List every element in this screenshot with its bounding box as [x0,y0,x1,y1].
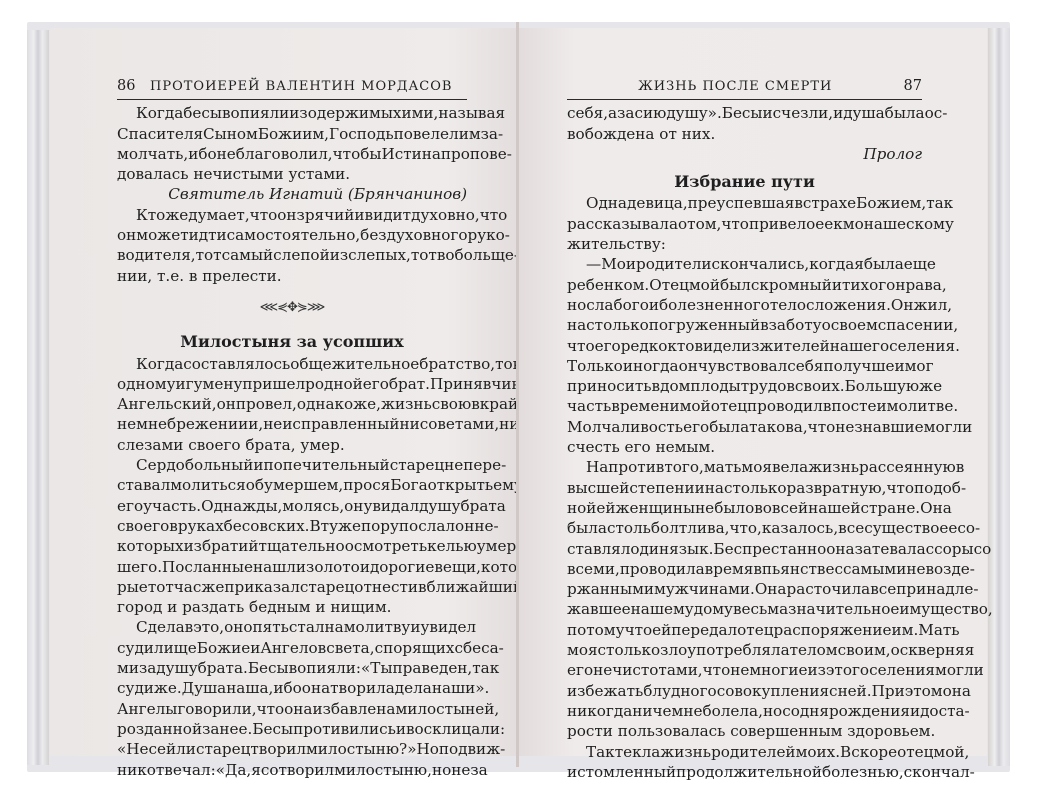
text-line: СпасителяСыномБожиим,Господьповелелимза- [117,124,467,144]
text-line: егоучасть.Однажды,молясь,онувидалдушубра… [117,496,467,516]
text-line: онможетидтисамостоятельно,бездуховногору… [117,225,467,245]
text-line: которыхизбратийтщательноосмотретькельюум… [117,536,467,556]
text-line: Ктожедумает,чтоонзрячийивидитдуховно,что [117,205,467,225]
page-number: 86 [117,76,135,96]
text-line: моястолькозлоупотреблялателомсвоим,оскве… [567,640,922,660]
text-line: истомленныйпродолжительнойболезнью,сконч… [567,762,922,782]
attribution: Святитель Игнатий (Брянчанинов) [117,184,467,204]
left-page: 86 ПРОТОИЕРЕЙ ВАЛЕНТИН МОРДАСОВ Когдабес… [50,28,517,756]
right-page-text: ЖИЗНЬ ПОСЛЕ СМЕРТИ 87 себя,азасиюдушу».Б… [567,76,922,782]
text-line: «Несейлистарецтворилмилостыню?»Ноподвиж- [117,739,467,759]
paragraph: Напротивтого,матьмоявелажизньрассеяннуюв… [567,457,922,741]
text-line: немнебрежениии,неисправленныйнисоветами,… [117,414,467,434]
text-line: водителя,тотсамыйслепойизслепых,тотвобол… [117,245,467,265]
text-line: нии, т.е. в прелести. [117,266,467,286]
running-head-left: 86 ПРОТОИЕРЕЙ ВАЛЕНТИН МОРДАСОВ [117,76,467,100]
text-line: всеми,проводилавремявпьянствессамыминево… [567,559,922,579]
page-edges-right [988,28,1010,766]
text-line: жительству: [567,234,922,254]
text-line: быластольболтлива,что,казалось,всесущест… [567,518,922,538]
paragraph: Однадевица,преуспевшаявстрахеБожием,такр… [567,193,922,254]
paragraph: Тактеклажизньродителеймоих.Вскореотецмой… [567,742,922,783]
text-line: мизадушубрата.Бесывопияли:«Тыправеден,та… [117,658,467,678]
text-line: довалась нечистыми устами. [117,164,467,184]
text-line: судиже.Душанаша,ибоонатвориладеланаши». [117,678,467,698]
text-line: чтоегоредкоктовиделизжителейнашегоселени… [567,336,922,356]
text-line: счесть его немым. [567,437,922,457]
text-line: ребенком.Отецмойбылскромныйитихогонрава, [567,275,922,295]
ornament-divider: ⋘⋞✥⋟⋙ [117,298,467,318]
section-title: Избрание пути [567,172,922,192]
text-line: частьвременимойотецпроводилвпостеимолитв… [567,396,922,416]
paragraph: себя,азасиюдушу».Бесыисчезли,идушабылаос… [567,103,922,144]
text-line: нойейженщинынебылововсейнашейстране.Она [567,498,922,518]
text-line: никогданичемнеболела,носоднярожденияидос… [567,701,922,721]
text-line: себя,азасиюдушу».Бесыисчезли,идушабылаос… [567,103,922,123]
text-line: шего.Посланныенашлизолотоидорогиевещи,ко… [117,557,467,577]
text-line: высшейстепениинастолькоразвратную,чтопод… [567,478,922,498]
text-line: Сердобольныйипопечительныйстарецнепере- [117,455,467,475]
text-line: никотвечал:«Да,ясотворилмилостыню,нонеза [117,760,467,780]
text-line: потомучтоейпередалотецраспоряжениеим.Мат… [567,620,922,640]
left-page-text: 86 ПРОТОИЕРЕЙ ВАЛЕНТИН МОРДАСОВ Когдабес… [117,76,467,780]
text-line: молчать,ибонеблаговолил,чтобыИстинапропо… [117,144,467,164]
text-line: рости пользовалась совершенным здоровьем… [567,721,922,741]
page-edges-left [27,30,49,765]
text-line: Напротивтого,матьмоявелажизньрассеяннуюв [567,457,922,477]
paragraph: —Моиродителискончались,когдаябылаещеребе… [567,254,922,457]
paragraph: Сердобольныйипопечительныйстарецнепере-с… [117,455,467,617]
text-line: Тактеклажизньродителеймоих.Вскореотецмой… [567,742,922,762]
text-line: своеговрукахбесовских.Втужепорупослалонн… [117,516,467,536]
text-line: рыетотчасжеприказалстарецотнестивближайш… [117,577,467,597]
text-line: —Моиродителискончались,когдаябылаеще [567,254,922,274]
text-line: Ангелыговорили,чтоонаизбавленамилостыней… [117,699,467,719]
text-line: слезами своего брата, умер. [117,435,467,455]
text-line: нослабогоиболезненноготелосложения.Онжил… [567,295,922,315]
text-line: Молчаливостьегобылатакова,чтонезнавшиемо… [567,417,922,437]
text-line: одномуигуменупришелроднойегобрат.Принявч… [117,374,467,394]
paragraph: Когдасоставлялосьобщежительноебратство,т… [117,354,467,455]
attribution: Пролог [567,144,922,164]
text-line: избежатьблудногосовокуплениясней.Приэтом… [567,681,922,701]
running-head-title: ЖИЗНЬ ПОСЛЕ СМЕРТИ [567,77,904,97]
text-line: приноситьвдомплодытрудовсвоих.Большуюже [567,376,922,396]
text-line: Толькоиногдаончувствовалсебяполучшеимог [567,356,922,376]
book-spine [516,22,519,767]
text-line: вобождена от них. [567,124,922,144]
text-line: Однадевица,преуспевшаявстрахеБожием,так [567,193,922,213]
text-line: Ангельский,онпровел,однакоже,жизньсвоювк… [117,394,467,414]
paragraph: Ктожедумает,чтоонзрячийивидитдуховно,что… [117,205,467,286]
paragraph: Когдабесывопиялиизодержимыхими,называяСп… [117,103,467,184]
paragraph: Сделавэто,онопятьсталнамолитвуиувиделсуд… [117,617,467,779]
text-line: Сделавэто,онопятьсталнамолитвуиувидел [117,617,467,637]
text-line: ставлялодинязык.Беспрестаннооназатевалас… [567,539,922,559]
text-line: ржаннымимужчинами.Онарасточилавсепринадл… [567,579,922,599]
text-line: егонечистотами,чтонемногиеизэтогоселения… [567,660,922,680]
text-line: город и раздать бедным и нищим. [117,597,467,617]
running-head-right: ЖИЗНЬ ПОСЛЕ СМЕРТИ 87 [567,76,922,100]
text-line: ставалмолитьсяобумершем,просяБогаоткрыть… [117,475,467,495]
text-line: розданнойзанее.Бесыпротивилисьивосклицал… [117,719,467,739]
text-line: Когдабесывопиялиизодержимыхими,называя [117,103,467,123]
section-title: Милостыня за усопших [117,332,467,352]
page-number: 87 [904,76,922,96]
text-line: Когдасоставлялосьобщежительноебратство,т… [117,354,467,374]
text-line: жавшеенашемудомувесьмазначительноеимущес… [567,599,922,619]
text-line: судилищеБожиеиАнгеловсвета,спорящихсбеса… [117,638,467,658]
text-line: рассказывалаотом,чтопривелоеекмонашеском… [567,214,922,234]
running-head-title: ПРОТОИЕРЕЙ ВАЛЕНТИН МОРДАСОВ [135,77,467,97]
right-page: ЖИЗНЬ ПОСЛЕ СМЕРТИ 87 себя,азасиюдушу».Б… [519,28,987,756]
text-line: настолькопогруженныйвзаботуосвоемспасени… [567,315,922,335]
